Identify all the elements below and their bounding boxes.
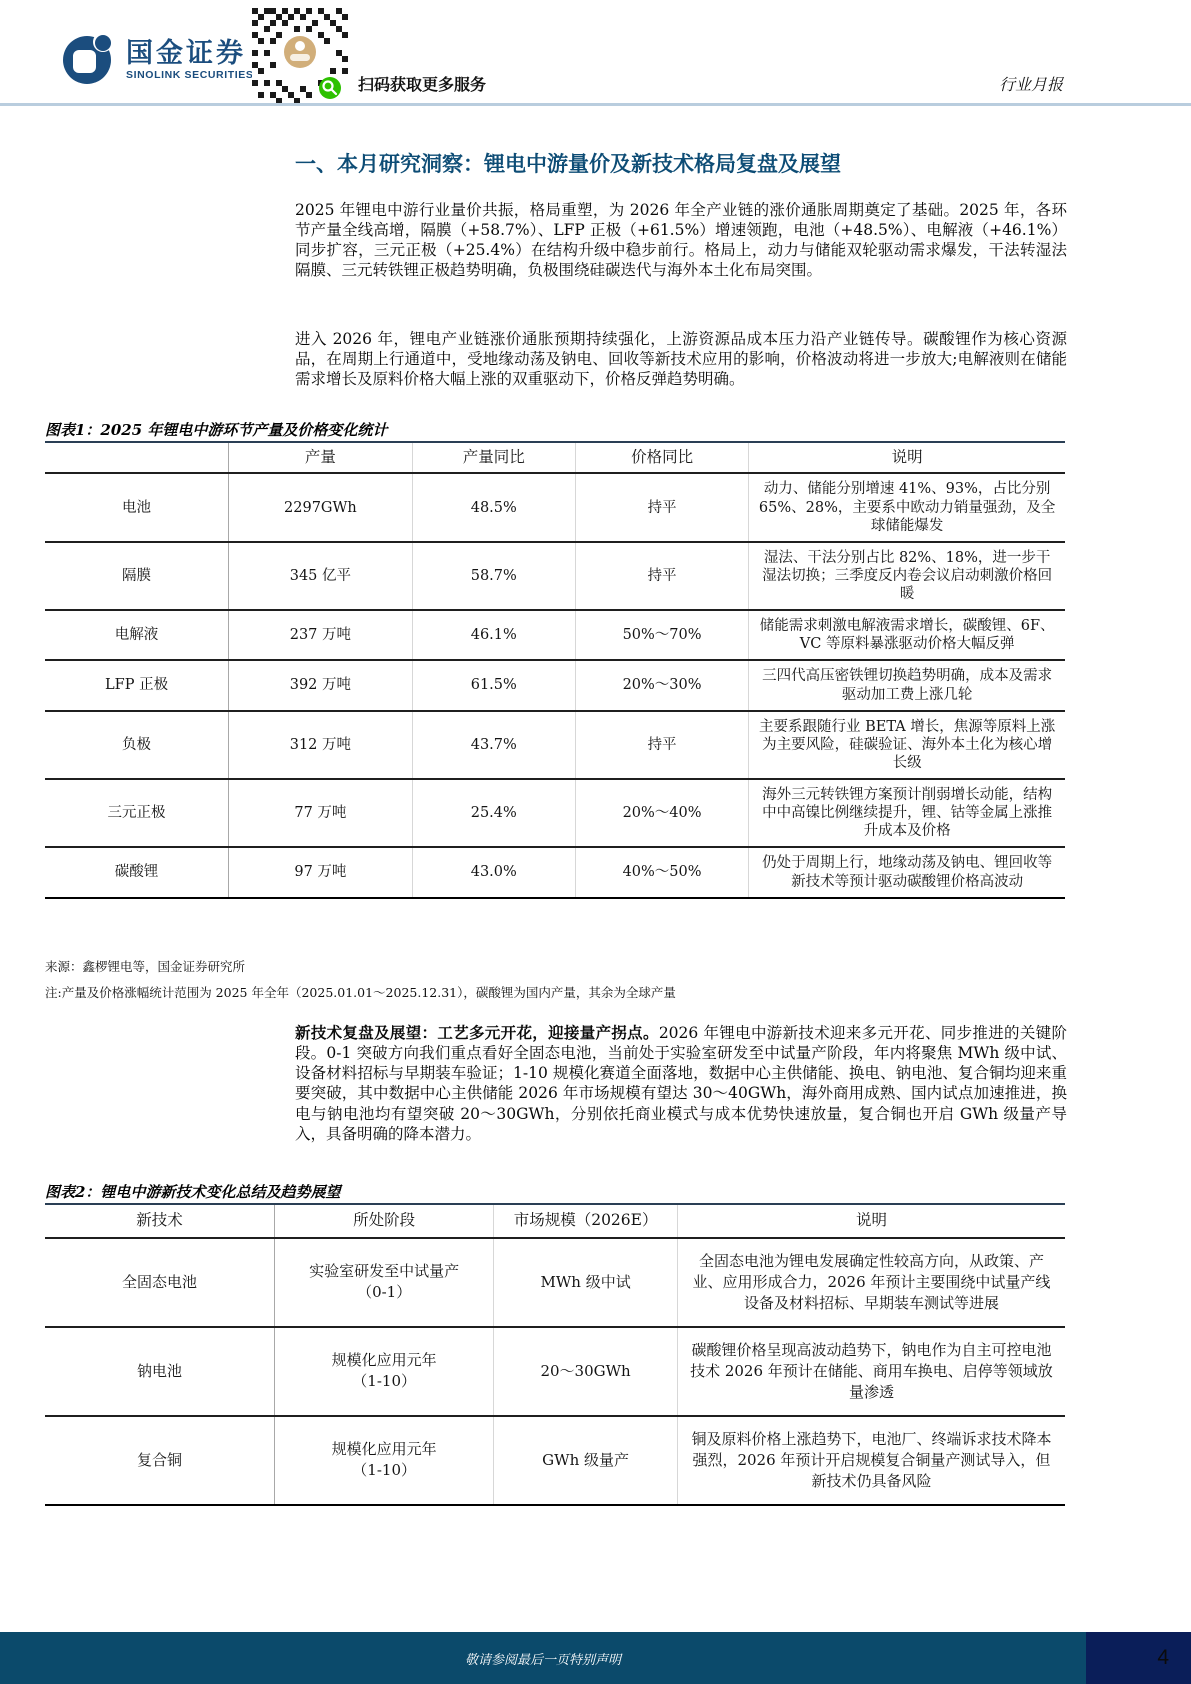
row-label: 电解液 [45, 610, 229, 660]
row-label: 全固态电池 [45, 1238, 275, 1327]
table-row-anode: 负极 312 万吨 43.7% 持平 主要系跟随行业 BETA 增长，焦源等原料… [45, 711, 1065, 779]
brand-name-en: SINOLINK SECURITIES [126, 70, 254, 81]
cell-market-size: 20～30GWh [494, 1327, 678, 1416]
cell-price-yoy: 持平 [575, 711, 748, 779]
qr-caption: 扫码获取更多服务 [358, 72, 486, 95]
cell-price-yoy: 持平 [575, 473, 748, 541]
table-row-separator-film: 隔膜 345 亿平 58.7% 持平 湿法、干法分别占比 82%、18%，进一步… [45, 542, 1065, 610]
cell-output-yoy: 46.1% [412, 610, 575, 660]
row-label: 负极 [45, 711, 229, 779]
cell-output-yoy: 43.7% [412, 711, 575, 779]
cell-note: 铜及原料价格上涨趋势下，电池厂、终端诉求技术降本强烈，2026 年预计开启规模复… [677, 1416, 1065, 1505]
figure1-table-header: 产量 产量同比 价格同比 说明 [45, 442, 1065, 473]
col-header-note: 说明 [677, 1204, 1065, 1238]
footer-disclaimer: 敬请参阅最后一页特别声明 [0, 1632, 1086, 1684]
cell-note: 海外三元转铁锂方案预计削弱增长动能，结构中中高镍比例继续提升，锂、钴等金属上涨推… [749, 779, 1065, 847]
cell-output-yoy: 61.5% [412, 660, 575, 710]
col-header-price-yoy: 价格同比 [575, 442, 748, 473]
row-label: 钠电池 [45, 1327, 275, 1416]
brand-logo: 国金证券 SINOLINK SECURITIES [62, 30, 254, 90]
cell-output: 77 万吨 [229, 779, 413, 847]
figure1-source: 来源：鑫椤锂电等，国金证券研究所 [45, 957, 245, 975]
cell-output: 345 亿平 [229, 542, 413, 610]
cell-output: 2297GWh [229, 473, 413, 541]
cell-output-yoy: 48.5% [412, 473, 575, 541]
cell-output-yoy: 58.7% [412, 542, 575, 610]
table-row-lfp-cathode: LFP 正极 392 万吨 61.5% 20%～30% 三四代高压密铁锂切换趋势… [45, 660, 1065, 710]
cell-output: 97 万吨 [229, 847, 413, 897]
cell-price-yoy: 50%～70% [575, 610, 748, 660]
page-number: 4 [1086, 1632, 1191, 1684]
cell-note: 三四代高压密铁锂切换趋势明确，成本及需求驱动加工费上涨几轮 [749, 660, 1065, 710]
report-type-label: 行业月报 [999, 72, 1063, 95]
brand-name-cn: 国金证券 [126, 39, 254, 67]
table-row-lithium-carbonate: 碳酸锂 97 万吨 43.0% 40%～50% 仍处于周期上行，地缘动荡及钠电、… [45, 847, 1065, 897]
figure1-table: 产量 产量同比 价格同比 说明 电池 2297GWh 48.5% 持平 动力、储… [45, 441, 1065, 899]
cell-note: 主要系跟随行业 BETA 增长，焦源等原料上涨为主要风险，硅碳验证、海外本土化为… [749, 711, 1065, 779]
row-label: 三元正极 [45, 779, 229, 847]
table-row-solid-state: 全固态电池 实验室研发至中试量产 （0-1） MWh 级中试 全固态电池为锂电发… [45, 1238, 1065, 1327]
col-header-stage: 所处阶段 [275, 1204, 494, 1238]
table-row-composite-copper: 复合铜 规模化应用元年 （1-10） GWh 级量产 铜及原料价格上涨趋势下，电… [45, 1416, 1065, 1505]
row-label: 复合铜 [45, 1416, 275, 1505]
paragraph-new-tech: 新技术复盘及展望：工艺多元开花，迎接量产拐点。2026 年锂电中游新技术迎来多元… [295, 1023, 1067, 1145]
row-label: 碳酸锂 [45, 847, 229, 897]
stage-range: （1-10） [283, 1371, 485, 1392]
cell-stage: 规模化应用元年 （1-10） [275, 1416, 494, 1505]
col-header-market-size: 市场规模（2026E） [494, 1204, 678, 1238]
table-row-sodium-battery: 钠电池 规模化应用元年 （1-10） 20～30GWh 碳酸锂价格呈现高波动趋势… [45, 1327, 1065, 1416]
cell-note: 湿法、干法分别占比 82%、18%，进一步干湿法切换；三季度反内卷会议启动刺激价… [749, 542, 1065, 610]
cell-output: 237 万吨 [229, 610, 413, 660]
cell-output: 312 万吨 [229, 711, 413, 779]
figure1-footnote: 注:产量及价格涨幅统计范围为 2025 年全年（2025.01.01～2025.… [45, 983, 1095, 1001]
cell-market-size: GWh 级量产 [494, 1416, 678, 1505]
cell-output-yoy: 25.4% [412, 779, 575, 847]
cell-price-yoy: 持平 [575, 542, 748, 610]
figure2-caption: 图表2：锂电中游新技术变化总结及趋势展望 [45, 1181, 340, 1202]
table-row-electrolyte: 电解液 237 万吨 46.1% 50%～70% 储能需求刺激电解液需求增长，碳… [45, 610, 1065, 660]
stage-text: 规模化应用元年 [283, 1439, 485, 1460]
col-header-note: 说明 [749, 442, 1065, 473]
cell-price-yoy: 20%～40% [575, 779, 748, 847]
stage-range: （0-1） [283, 1282, 485, 1303]
cell-note: 碳酸锂价格呈现高波动趋势下，钠电作为自主可控电池技术 2026 年预计在储能、商… [677, 1327, 1065, 1416]
cell-output: 392 万吨 [229, 660, 413, 710]
row-label: 隔膜 [45, 542, 229, 610]
row-label: 电池 [45, 473, 229, 541]
paragraph-overview-2025: 2025 年锂电中游行业量价共振，格局重塑，为 2026 年全产业链的涨价通胀周… [295, 200, 1067, 281]
qr-code [252, 8, 348, 104]
figure2-table-header: 新技术 所处阶段 市场规模（2026E） 说明 [45, 1204, 1065, 1238]
figure2-table: 新技术 所处阶段 市场规模（2026E） 说明 全固态电池 实验室研发至中试量产… [45, 1203, 1065, 1506]
paragraph-new-tech-lead: 新技术复盘及展望：工艺多元开花，迎接量产拐点。 [295, 1023, 659, 1042]
cell-stage: 实验室研发至中试量产 （0-1） [275, 1238, 494, 1327]
cell-note: 全固态电池为锂电发展确定性较高方向，从政策、产业、应用形成合力，2026 年预计… [677, 1238, 1065, 1327]
stage-range: （1-10） [283, 1460, 485, 1481]
cell-note: 仍处于周期上行，地缘动荡及钠电、锂回收等新技术等预计驱动碳酸锂价格高波动 [749, 847, 1065, 897]
cell-note: 储能需求刺激电解液需求增长，碳酸锂、6F、VC 等原料暴涨驱动价格大幅反弹 [749, 610, 1065, 660]
table-row-battery: 电池 2297GWh 48.5% 持平 动力、储能分别增速 41%、93%，占比… [45, 473, 1065, 541]
cell-price-yoy: 20%～30% [575, 660, 748, 710]
header-divider [0, 103, 1191, 106]
row-label: LFP 正极 [45, 660, 229, 710]
paragraph-outlook-2026: 进入 2026 年，锂电产业链涨价通胀预期持续强化，上游资源品成本压力沿产业链传… [295, 329, 1067, 390]
cell-note: 动力、储能分别增速 41%、93%，占比分别 65%、28%，主要系中欧动力销量… [749, 473, 1065, 541]
col-header-new-tech: 新技术 [45, 1204, 275, 1238]
col-header-blank [45, 442, 229, 473]
cell-stage: 规模化应用元年 （1-10） [275, 1327, 494, 1416]
cell-price-yoy: 40%～50% [575, 847, 748, 897]
wechat-icon [319, 77, 341, 99]
col-header-output-yoy: 产量同比 [412, 442, 575, 473]
stage-text: 规模化应用元年 [283, 1350, 485, 1371]
footer-bar: 敬请参阅最后一页特别声明 4 [0, 1632, 1191, 1684]
cell-output-yoy: 43.0% [412, 847, 575, 897]
cell-market-size: MWh 级中试 [494, 1238, 678, 1327]
section-title: 一、本月研究洞察：锂电中游量价及新技术格局复盘及展望 [295, 148, 1085, 178]
figure1-caption: 图表1：2025 年锂电中游环节产量及价格变化统计 [45, 419, 387, 440]
table-row-ternary-cathode: 三元正极 77 万吨 25.4% 20%～40% 海外三元转铁锂方案预计削弱增长… [45, 779, 1065, 847]
stage-text: 实验室研发至中试量产 [283, 1261, 485, 1282]
sinolink-logo-icon [62, 30, 116, 90]
col-header-output: 产量 [229, 442, 413, 473]
